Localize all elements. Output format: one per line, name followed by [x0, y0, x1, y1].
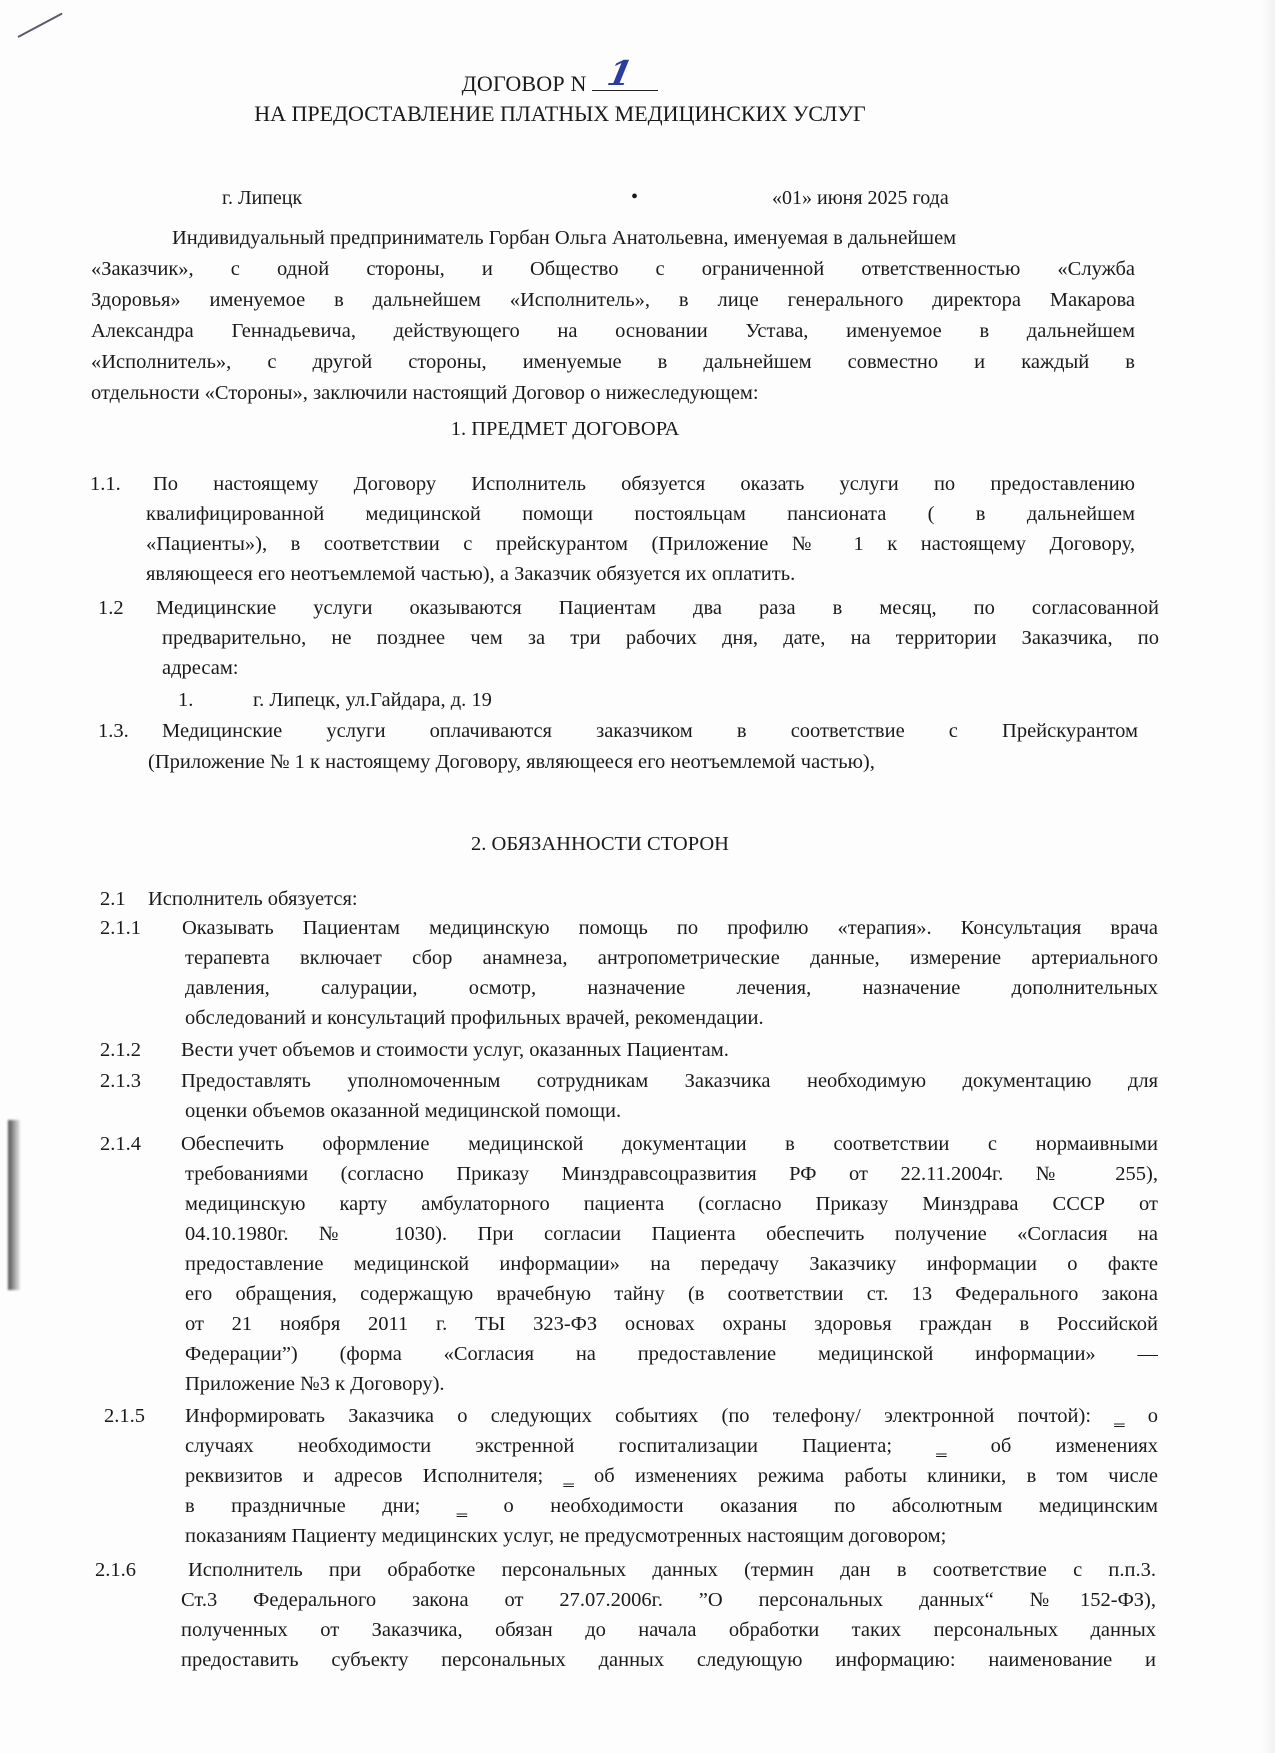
clause-number: 1.2: [98, 597, 124, 620]
city-label: г. Липецк: [222, 187, 302, 210]
clause-line: «Пациенты»), в соответствии с прейскуран…: [146, 533, 1135, 563]
clause-line: Ст.3 Федерального закона от 27.07.2006г.…: [181, 1589, 1156, 1619]
clause-number: 2.1.2: [100, 1039, 141, 1062]
clause-number: 1.1.: [90, 473, 121, 496]
stray-dot: •: [631, 186, 638, 209]
clause-line: квалифицированной медицинской помощи пос…: [146, 503, 1135, 533]
address-text: г. Липецк, ул.Гайдара, д. 19: [253, 689, 492, 712]
clause-line: требованиями (согласно Приказу Минздравс…: [185, 1163, 1158, 1193]
clause-line: оценки объемов оказанной медицинской пом…: [185, 1100, 621, 1123]
clause-line: Предоставлять уполномоченным сотрудникам…: [181, 1070, 1158, 1100]
section-2-heading: 2. ОБЯЗАННОСТИ СТОРОН: [0, 833, 1200, 856]
contract-title-prefix: ДОГОВОР N: [462, 71, 587, 96]
clause-line: Медицинские услуги оплачиваются заказчик…: [162, 720, 1138, 750]
clause-line: адресам:: [162, 657, 239, 680]
preamble-line: «Исполнитель», с другой стороны, именуем…: [91, 351, 1135, 381]
clause-line: терапевта включает сбор анамнеза, антроп…: [185, 947, 1158, 977]
preamble-line: Здоровья» именуемое в дальнейшем «Исполн…: [91, 289, 1135, 319]
clause-line: показаниям Пациенту медицинских услуг, н…: [185, 1525, 946, 1548]
pen-stroke-mark: [18, 13, 63, 38]
preamble-line: отдельности «Стороны», заключили настоящ…: [91, 382, 759, 405]
preamble-line: Индивидуальный предприниматель Горбан Ол…: [172, 227, 956, 250]
contract-number-field: 1: [592, 70, 658, 91]
clause-line: (Приложение № 1 к настоящему Договору, я…: [148, 751, 875, 774]
clause-number: 2.1.5: [104, 1405, 145, 1428]
clause-line: Медицинские услуги оказываются Пациентам…: [156, 597, 1159, 627]
clause-number: 1.3.: [98, 720, 129, 743]
clause-line: Исполнитель при обработке персональных д…: [188, 1559, 1156, 1589]
clause-number: 2.1.3: [100, 1070, 141, 1093]
clause-line: реквизитов и адресов Исполнителя; ‗ об и…: [185, 1465, 1158, 1495]
clause-line: По настоящему Договору Исполнитель обязу…: [153, 473, 1135, 503]
clause-line: 04.10.1980г. № 1030). При согласии Пацие…: [185, 1223, 1158, 1253]
scan-edge-artifact: [8, 1120, 20, 1290]
clause-label: Исполнитель обязуется:: [148, 888, 358, 911]
preamble-line: Александра Геннадьевича, действующего на…: [91, 320, 1135, 350]
clause-line: Обеспечить оформление медицинской докуме…: [181, 1133, 1158, 1163]
clause-line: Приложение №3 к Договору).: [185, 1373, 445, 1396]
clause-line: Информировать Заказчика о следующих собы…: [185, 1405, 1158, 1435]
clause-line: предоставление медицинской информации» н…: [185, 1253, 1158, 1283]
clause-number: 2.1.4: [100, 1133, 141, 1156]
clause-number: 2.1.1: [100, 917, 141, 940]
address-number: 1.: [178, 689, 193, 712]
contract-title: ДОГОВОР N 1: [0, 70, 1120, 97]
clause-number: 2.1: [100, 888, 126, 911]
clause-line: от 21 ноября 2011 г. ТЫ 323-ФЗ основах о…: [185, 1313, 1158, 1343]
clause-line: являющееся его неотъемлемой частью), а З…: [146, 563, 795, 586]
contract-date: «01» июня 2025 года: [772, 187, 949, 210]
clause-line: медицинскую карту амбулаторного пациента…: [185, 1193, 1158, 1223]
scan-edge-shadow: [1261, 0, 1275, 1753]
clause-line: предоставить субъекту персональных данны…: [181, 1649, 1156, 1679]
clause-line: предварительно, не позднее чем за три ра…: [162, 627, 1159, 657]
clause-line: Федерации”) (форма «Согласия на предоста…: [185, 1343, 1158, 1373]
document-page: ДОГОВОР N 1 НА ПРЕДОСТАВЛЕНИЕ ПЛАТНЫХ МЕ…: [0, 0, 1275, 1753]
contract-subtitle: НА ПРЕДОСТАВЛЕНИЕ ПЛАТНЫХ МЕДИЦИНСКИХ УС…: [0, 101, 1120, 127]
clause-number: 2.1.6: [95, 1559, 136, 1582]
clause-line: обследований и консультаций профильных в…: [185, 1007, 764, 1030]
clause-line: случаях необходимости экстренной госпита…: [185, 1435, 1158, 1465]
clause-line: давления, салурации, осмотр, назначение …: [185, 977, 1158, 1007]
clause-line: его обращения, содержащую врачебную тайн…: [185, 1283, 1158, 1313]
preamble-line: «Заказчик», с одной стороны, и Общество …: [91, 258, 1135, 288]
clause-line: Оказывать Пациентам медицинскую помощь п…: [182, 917, 1158, 947]
clause-line: Вести учет объемов и стоимости услуг, ок…: [181, 1039, 729, 1062]
handwritten-contract-number: 1: [604, 54, 636, 94]
clause-line: в праздничные дни; ‗ о необходимости ока…: [185, 1495, 1158, 1525]
clause-line: полученных от Заказчика, обязан до начал…: [181, 1619, 1156, 1649]
section-1-heading: 1. ПРЕДМЕТ ДОГОВОРА: [0, 418, 1130, 441]
